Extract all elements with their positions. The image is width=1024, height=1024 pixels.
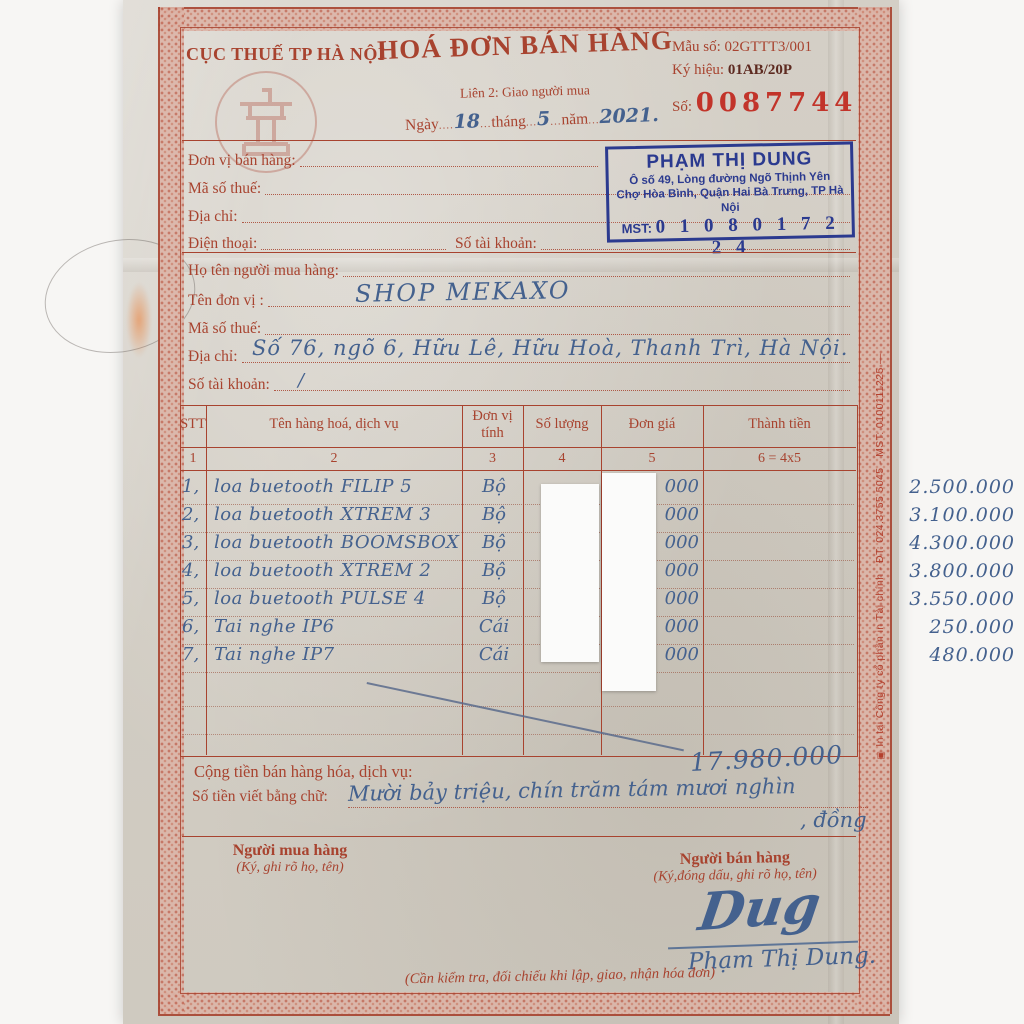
th-qty: Số lượng — [523, 416, 601, 433]
item-row-5: 5, loa buetooth PULSE 4 Bộ 000 3.550.000 — [182, 588, 854, 617]
row2-stt: 2, — [182, 504, 208, 525]
tax-agency-name: CỤC THUẾ TP HÀ NỘI — [186, 44, 385, 65]
row1-stt: 1, — [182, 476, 208, 497]
th-unit: Đơn vị tính — [462, 408, 523, 441]
seller-stamp: PHẠM THỊ DUNG Ô số 49, Lòng đường Ngõ Th… — [605, 141, 855, 242]
empty-row-dotted-2 — [182, 734, 854, 735]
printer-logo-icon: ▣ — [875, 747, 885, 760]
th-name: Tên hàng hoá, dịch vụ — [206, 416, 462, 433]
total-label: Cộng tiền bán hàng hóa, dịch vụ: — [194, 762, 413, 782]
serial-number: 0087744 — [696, 88, 858, 118]
seller-unit-label: Đơn vị bán hàng: — [188, 152, 296, 170]
row7-stt: 7, — [182, 644, 208, 665]
item-row-4: 4, loa buetooth XTREM 2 Bộ 000 3.800.000 — [182, 560, 854, 589]
row2-name: loa buetooth XTREM 3 — [214, 504, 431, 525]
form-meta-block: Mẫu số: 02GTTT3/001 Ký hiệu: 01AB/20P Số… — [672, 36, 887, 123]
header-separator-line — [182, 140, 856, 141]
buyer-tax-label: Mã số thuế: — [188, 320, 261, 338]
item-row-7: 7, Tai nghe IP7 Cái 000 480.000 — [182, 644, 854, 673]
item-row-1: 1, loa buetooth FILIP 5 Bộ 000 2.500.000 — [182, 476, 854, 505]
coln-1: 1 — [180, 451, 206, 467]
coln-6: 6 = 4x5 — [703, 451, 856, 467]
date-day-label: Ngày — [405, 116, 439, 134]
seller-phone-label: Điện thoại: — [188, 235, 257, 253]
date-month-value: 5 — [537, 108, 551, 130]
printer-credit-vertical-text: ▣ In tại Công ty cổ phần in Tài chính - … — [874, 330, 886, 760]
row7-unit: Cái — [464, 644, 524, 665]
amount-in-words-value2: , đồng — [800, 808, 867, 832]
row5-amount: 3.550.000 — [705, 588, 1015, 610]
buyer-unit-label: Tên đơn vị : — [188, 292, 264, 310]
row3-stt: 3, — [182, 532, 208, 553]
row4-stt: 4, — [182, 560, 208, 581]
buyer-signature-title: Người mua hàng — [200, 842, 380, 860]
th-stt: STT — [180, 416, 206, 433]
empty-row-dotted-1 — [182, 706, 854, 707]
date-year-value: 2021. — [599, 104, 659, 128]
date-year-label: năm — [561, 110, 588, 128]
row4-amount: 3.800.000 — [705, 560, 1015, 582]
lace-border-top — [158, 7, 890, 31]
row7-amount: 480.000 — [705, 644, 1015, 666]
stamp-mst-line: MST: 0 1 0 8 0 1 7 2 2 4 — [614, 213, 849, 262]
row3-name: loa buetooth BOOMSBOX — [214, 532, 459, 553]
table-header-underline — [180, 447, 856, 448]
seller-account-label: Số tài khoản: — [455, 235, 537, 253]
seller-phone-field: Điện thoại: — [188, 235, 448, 253]
buyer-name-label: Họ tên người mua hàng: — [188, 262, 339, 280]
orange-smudge — [126, 282, 152, 358]
form-number-value: 02GTTT3/001 — [725, 39, 813, 55]
coln-3: 3 — [462, 451, 523, 467]
item-row-6: 6, Tai nghe IP6 Cái 000 250.000 — [182, 616, 854, 645]
row2-amount: 3.100.000 — [705, 504, 1015, 526]
lace-border-bottom — [158, 992, 890, 1016]
row5-name: loa buetooth PULSE 4 — [214, 588, 426, 609]
th-price: Đơn giá — [601, 416, 703, 433]
coln-2: 2 — [206, 451, 462, 467]
row5-stt: 5, — [182, 588, 208, 609]
seller-tax-label: Mã số thuế: — [188, 180, 261, 198]
totals-separator-line — [182, 836, 856, 837]
row2-unit: Bộ — [464, 504, 524, 525]
buyer-address-value: Số 76, ngõ 6, Hữu Lê, Hữu Hoà, Thanh Trì… — [252, 336, 848, 360]
seller-unit-field: Đơn vị bán hàng: — [188, 152, 600, 170]
row6-amount: 250.000 — [705, 616, 1015, 638]
buyer-unit-value: SHOP MEKAXO — [355, 276, 571, 308]
serial-label: Số: — [672, 99, 692, 115]
row4-unit: Bộ — [464, 560, 524, 581]
buyer-account-value: / — [298, 370, 304, 391]
row5-unit: Bộ — [464, 588, 524, 609]
row6-stt: 6, — [182, 616, 208, 637]
buyer-signature-note: (Ký, ghi rõ họ, tên) — [200, 860, 380, 876]
form-number-line: Mẫu số: 02GTTT3/001 — [672, 36, 887, 59]
th-amount: Thành tiền — [703, 416, 856, 433]
form-number-label: Mẫu số: — [672, 39, 721, 55]
symbol-line: Ký hiệu: 01AB/20P — [672, 59, 887, 82]
row1-name: loa buetooth FILIP 5 — [214, 476, 412, 497]
row6-name: Tai nghe IP6 — [214, 616, 335, 637]
stamp-mst-label: MST: — [621, 221, 652, 237]
row1-amount: 2.500.000 — [705, 476, 1015, 498]
amount-in-words-dotted-line — [348, 806, 868, 808]
amount-in-words-label: Số tiền viết bằng chữ: — [192, 788, 328, 806]
buyer-account-field: Số tài khoản: — [188, 376, 852, 394]
coln-5: 5 — [601, 451, 703, 467]
item-row-2: 2, loa buetooth XTREM 3 Bộ 000 3.100.000 — [182, 504, 854, 533]
row3-unit: Bộ — [464, 532, 524, 553]
seller-address-label: Địa chỉ: — [188, 208, 238, 226]
redaction-strip-price — [602, 473, 656, 691]
coln-4: 4 — [523, 451, 601, 467]
row3-amount: 4.300.000 — [705, 532, 1015, 554]
buyer-signature-block: Người mua hàng (Ký, ghi rõ họ, tên) — [200, 842, 380, 876]
buyer-address-label: Địa chỉ: — [188, 348, 238, 366]
serial-line: Số: 0087744 — [672, 83, 887, 123]
printer-credit-text: In tại Công ty cổ phần in Tài chính - ĐT… — [874, 353, 886, 747]
row1-unit: Bộ — [464, 476, 524, 497]
row7-name: Tai nghe IP7 — [214, 644, 335, 665]
symbol-label: Ký hiệu: — [672, 62, 724, 78]
row4-name: loa buetooth XTREM 2 — [214, 560, 431, 581]
redaction-strip-qty — [541, 484, 599, 662]
seller-signature-scribble: Dug — [695, 874, 824, 943]
table-colnum-underline — [180, 470, 856, 471]
date-day-value: 18 — [453, 110, 480, 133]
buyer-account-label: Số tài khoản: — [188, 376, 270, 394]
seller-buyer-separator-line — [182, 252, 856, 253]
row6-unit: Cái — [464, 616, 524, 637]
item-row-3: 3, loa buetooth BOOMSBOX Bộ 000 4.300.00… — [182, 532, 854, 561]
date-month-label: tháng — [491, 113, 526, 131]
symbol-value: 01AB/20P — [728, 62, 792, 78]
